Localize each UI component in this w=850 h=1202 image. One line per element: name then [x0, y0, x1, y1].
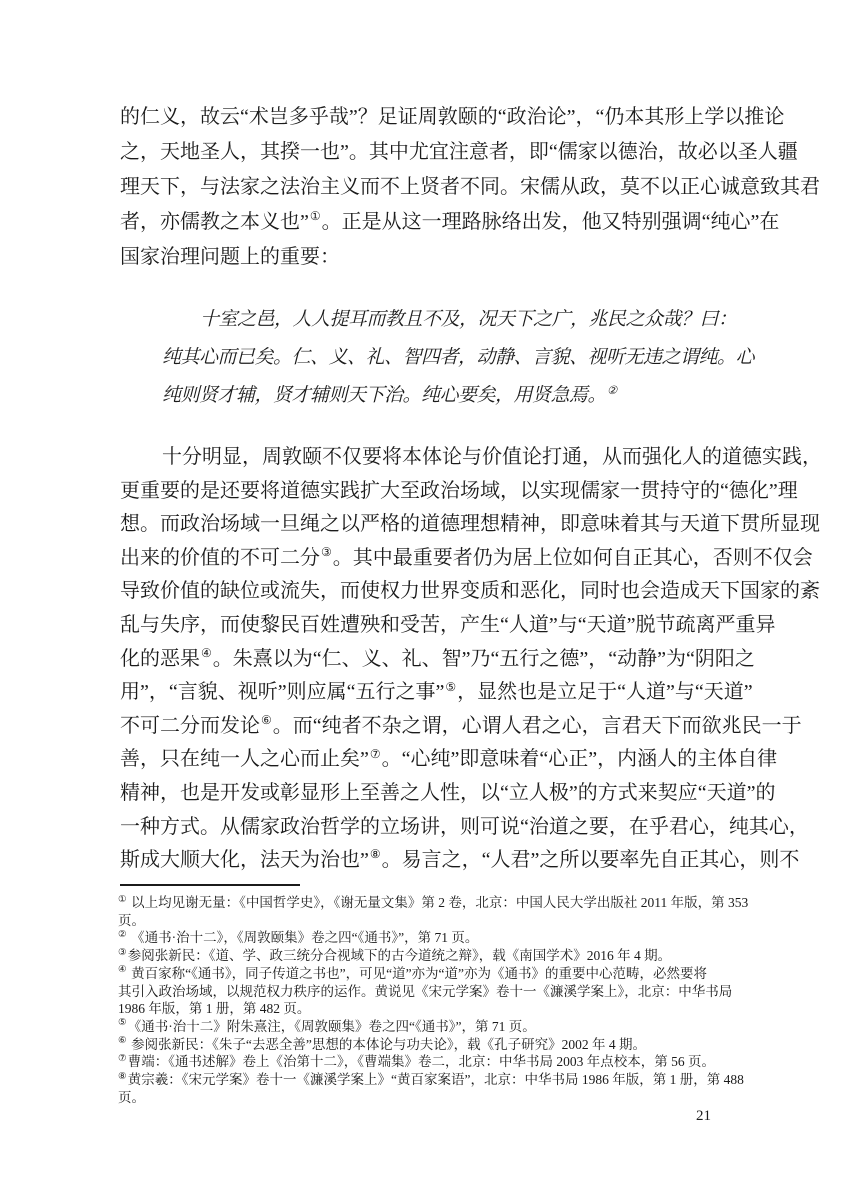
- text-line: 一种方式。从儒家政治哲学的立场讲，则可说“治道之要，在乎君心，纯其心，: [120, 811, 830, 845]
- text-line: 的仁义，故云“术岂多乎哉”？足证周敦颐的“政治论”，“仍本其形上学以推论: [120, 100, 820, 135]
- document-page: 的仁义，故云“术岂多乎哉”？足证周敦颐的“政治论”，“仍本其形上学以推论之，天地…: [0, 0, 850, 1202]
- text-line: ⑥ 参阅张新民：《朱子“去恶全善”思想的本体论与功夫论》，载《孔子研究》2002…: [118, 1036, 828, 1054]
- text-line: 善，只在纯一人之心而止矣”⑦。“心纯”即意味着“心正”，内涵人的主体自律: [120, 743, 830, 777]
- text-line: 者，亦儒教之本义也”①。正是从这一理路脉络出发，他又特别强调“纯心”在: [120, 205, 820, 240]
- text-line: ① 以上均见谢无量：《中国哲学史》，《谢无量文集》第 2 卷，北京：中国人民大学…: [118, 894, 828, 912]
- text-line: ② 《通书·治十二》，《周敦颐集》卷之四“《通书》”，第 71 页。: [118, 929, 828, 947]
- text-line: ④ 黄百家称“《通书》，同子传道之书也”，可见“道”亦为“道”亦为《通书》的重要…: [118, 965, 828, 983]
- text-line: 斯成大顺大化，法天为治也”⑧。易言之，“人君”之所以要率先自正其心，则不: [120, 844, 830, 878]
- text-line: 不可二分而发论⑥。而“纯者不杂之谓，心谓人君之心，言君天下而欲兆民一于: [120, 710, 830, 744]
- paragraph-opening: 的仁义，故云“术岂多乎哉”？足证周敦颐的“政治论”，“仍本其形上学以推论之，天地…: [120, 100, 820, 275]
- text-line: 十分明显，周敦颐不仅要将本体论与价值论打通，从而强化人的道德实践，: [120, 441, 830, 475]
- text-line: ⑤《通书·治十二》附朱熹注，《周敦颐集》卷之四“《通书》”，第 71 页。: [118, 1018, 828, 1036]
- text-line: 1986 年版，第 1 册，第 482 页。: [118, 1000, 828, 1018]
- text-line: 化的恶果④。朱熹以为“仁、义、礼、智”乃“五行之德”，“动静”为“阴阳之: [120, 643, 830, 677]
- text-line: 精神，也是开发或彰显形上至善之人性，以“立人极”的方式来契应“天道”的: [120, 777, 830, 811]
- footnotes: ① 以上均见谢无量：《中国哲学史》，《谢无量文集》第 2 卷，北京：中国人民大学…: [118, 894, 828, 1106]
- block-quote: 十室之邑，人人提耳而教且不及，况天下之广，兆民之众哉？曰：纯其心而已矣。仁、义、…: [162, 301, 802, 415]
- footnote-separator: [120, 884, 300, 886]
- text-line: 纯其心而已矣。仁、义、礼、智四者，动静、言貌、视听无违之谓纯。心: [162, 339, 802, 377]
- paragraph-main: 十分明显，周敦颐不仅要将本体论与价值论打通，从而强化人的道德实践，更重要的是还要…: [120, 441, 830, 878]
- text-line: ⑧黄宗羲：《宋元学案》卷十一《濂溪学案上》“黄百家案语”，北京：中华书局 198…: [118, 1071, 828, 1089]
- text-line: 十室之邑，人人提耳而教且不及，况天下之广，兆民之众哉？曰：: [162, 301, 802, 339]
- text-line: 理天下，与法家之法治主义而不上贤者不同。宋儒从政，莫不以正心诚意致其君: [120, 170, 820, 205]
- text-line: 页。: [118, 912, 828, 930]
- text-line: 国家治理问题上的重要：: [120, 240, 820, 275]
- text-line: 更重要的是还要将道德实践扩大至政治场域，以实现儒家一贯持守的“德化”理: [120, 475, 830, 509]
- text-line: ③参阅张新民：《道、学、政三统分合视域下的古今道统之辩》，载《南国学术》2016…: [118, 947, 828, 965]
- text-line: 出来的价值的不可二分③。其中最重要者仍为居上位如何自正其心，否则不仅会: [120, 542, 830, 576]
- text-line: 其引入政治场域，以规范权力秩序的运作。黄说见《宋元学案》卷十一《濂溪学案上》，北…: [118, 983, 828, 1001]
- text-line: 之，天地圣人，其揆一也”。其中尤宜注意者，即“儒家以德治，故必以圣人疆: [120, 135, 820, 170]
- text-line: 乱与失序，而使黎民百姓遭殃和受苦，产生“人道”与“天道”脱节疏离严重异: [120, 609, 830, 643]
- text-line: 纯则贤才辅，贤才辅则天下治。纯心要矣，用贤急焉。②: [162, 377, 802, 415]
- text-line: 页。: [118, 1089, 828, 1107]
- text-line: ⑦曹端：《通书述解》卷上《治第十二》，《曹端集》卷二，北京：中华书局 2003 …: [118, 1053, 828, 1071]
- text-line: 想。而政治场域一旦绳之以严格的道德理想精神，即意味着其与天道下贯所显现: [120, 508, 830, 542]
- page-number: 21: [696, 1108, 711, 1125]
- text-line: 导致价值的缺位或流失，而使权力世界变质和恶化，同时也会造成天下国家的紊: [120, 575, 830, 609]
- text-line: 用”，“言貌、视听”则应属“五行之事”⑤，显然也是立足于“人道”与“天道”: [120, 676, 830, 710]
